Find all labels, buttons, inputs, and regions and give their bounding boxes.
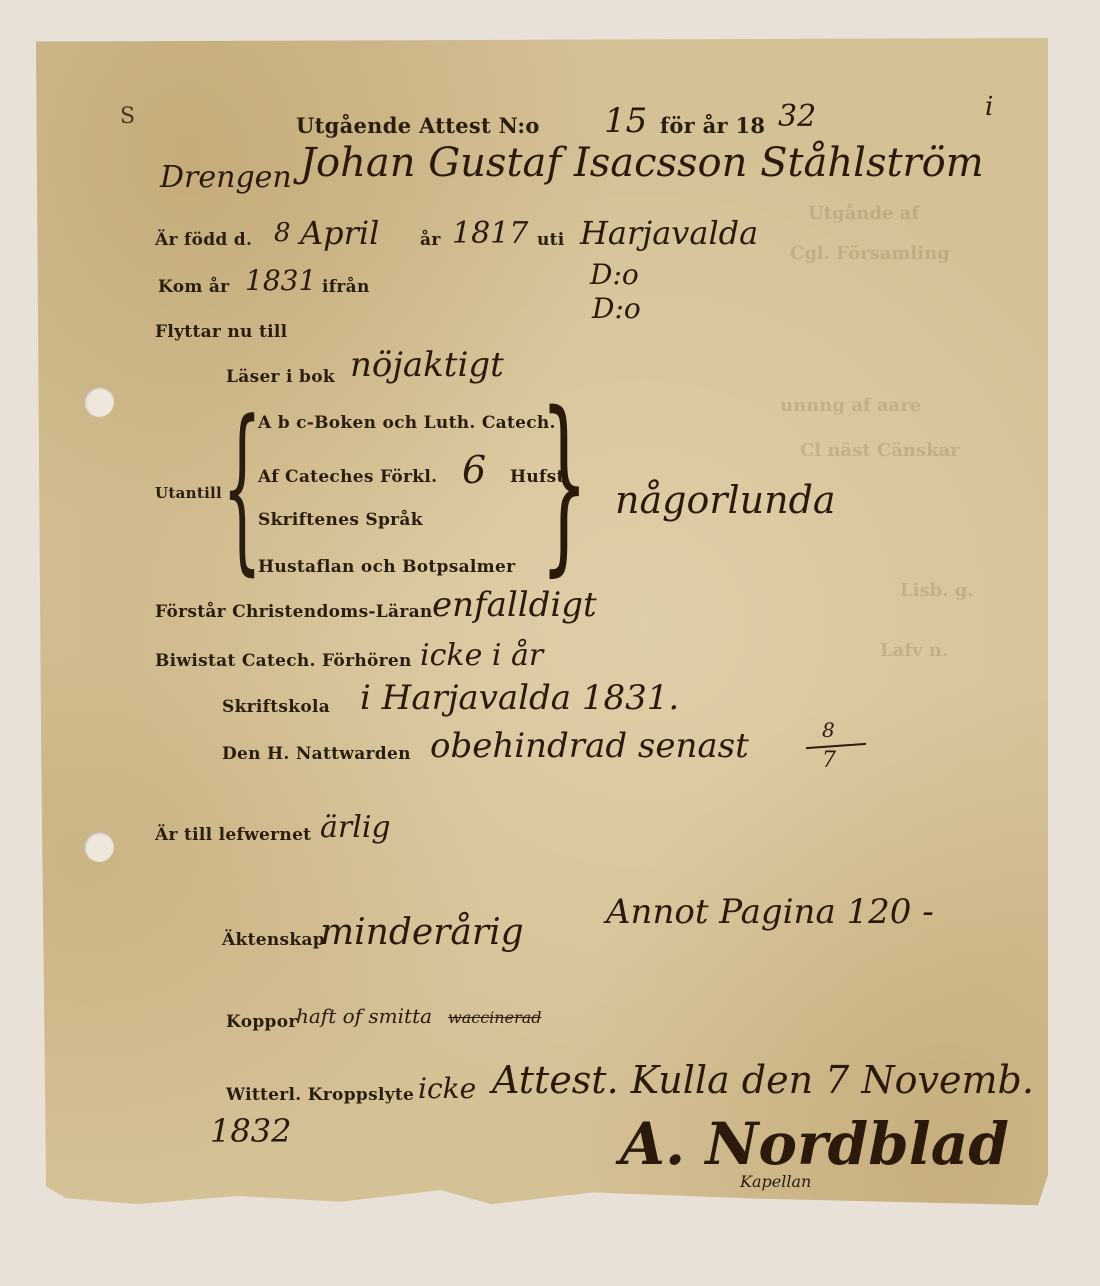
birth-year-label: år <box>420 230 441 250</box>
for-year-label: för år 18 <box>660 113 765 138</box>
attestation-text: Attest. Kulla den 7 Novemb. <box>492 1058 1034 1102</box>
birth-place: Harjavalda <box>580 214 758 252</box>
punch-hole <box>84 832 114 862</box>
memorized-item-1: A b c-Boken och Luth. Catech. <box>258 413 556 433</box>
memorized-assessment: någorlunda <box>615 478 836 522</box>
signer-title: Kapellan <box>740 1172 811 1191</box>
bleed-through-text: unnng af aare <box>780 395 921 416</box>
bleed-through-text: Cgl. Församling <box>790 243 950 264</box>
birth-place-label: uti <box>537 230 565 250</box>
birth-year: 1817 <box>452 216 528 251</box>
margin-mark: i <box>985 92 993 122</box>
memorized-item-3: Skriftenes Språk <box>258 510 423 530</box>
bleed-through-text: Lisb. g. <box>900 580 974 601</box>
name-prefix: Drengen <box>160 160 292 195</box>
memorized-item-4: Hustaflan och Botpsalmer <box>258 557 515 577</box>
moving-to: D:o <box>592 292 641 325</box>
communion-fraction-top: 8 <box>822 718 835 742</box>
attestation-year: 1832 <box>210 1112 291 1150</box>
bleed-through-text: Cl näst Cänskar <box>800 440 960 461</box>
birth-month: April <box>300 214 379 252</box>
memorized-label: Utantill <box>155 484 222 502</box>
arrival-from: D:o <box>590 258 639 291</box>
attest-label: Utgående Attest N:o <box>296 113 540 138</box>
memorized-item-2: Af Cateches Förkl. <box>258 467 437 487</box>
person-name: Johan Gustaf Isacsson Ståhlström <box>300 140 984 186</box>
printed-title: Utgående Attest N:o <box>296 113 540 138</box>
conduct-label: Är till lefwernet <box>155 825 311 845</box>
smallpox-label: Koppor <box>226 1012 298 1032</box>
memorized-chapters: 6 <box>462 448 486 492</box>
birth-day: 8 <box>274 218 291 248</box>
confirmation-school-value: i Harjavalda 1831. <box>360 678 679 718</box>
margin-mark: S <box>120 104 135 129</box>
moving-label: Flyttar nu till <box>155 322 287 342</box>
conduct-value: ärlig <box>320 810 391 845</box>
communion-fraction-bottom: 7 <box>822 748 836 773</box>
signature: A. Nordblad <box>620 1110 1009 1178</box>
attended-value: icke i år <box>420 638 543 673</box>
left-brace: { <box>222 398 262 578</box>
confirmation-school-label: Skriftskola <box>222 697 330 717</box>
communion-label: Den H. Nattwarden <box>222 744 411 764</box>
marriage-value: minderårig <box>320 912 524 953</box>
smallpox-struck-value: waccinerad <box>448 1008 541 1027</box>
defect-value: icke <box>418 1072 476 1105</box>
understanding-value: enfalldigt <box>432 585 597 625</box>
from-label: ifrån <box>322 277 370 297</box>
communion-value: obehindrad senast <box>430 726 749 766</box>
arrival-year: 1831 <box>245 264 316 297</box>
bleed-through-text: Utgånde af <box>808 203 919 224</box>
understanding-label: Förstår Christendoms-Läran <box>155 602 433 622</box>
reading-value: nöjaktigt <box>350 345 504 385</box>
attended-label: Biwistat Catech. Förhören <box>155 651 412 671</box>
defect-label: Witterl. Kroppslyte <box>226 1085 414 1105</box>
bleed-through-text: Lafv n. <box>880 640 948 661</box>
attest-number: 15 <box>604 101 647 141</box>
annotation-note: Annot Pagina 120 - <box>606 892 934 932</box>
punch-hole <box>84 387 114 417</box>
header-year-hand: 32 <box>778 99 816 134</box>
smallpox-value: haft of smitta <box>296 1004 432 1028</box>
born-label: Är född d. <box>155 230 252 250</box>
marriage-label: Äktenskap <box>222 930 325 950</box>
came-label: Kom år <box>158 277 229 297</box>
right-brace: } <box>540 388 588 578</box>
